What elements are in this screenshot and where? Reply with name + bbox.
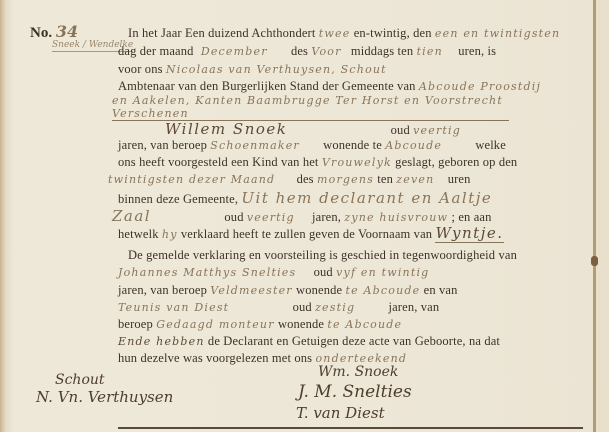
printed-text: en-twintig, den <box>354 26 432 40</box>
signature-witness-2: T. van Diest <box>296 404 385 422</box>
printed-text: wonende <box>278 317 324 331</box>
text-line-14: De gemelde verklaring en voorsteiling is… <box>128 248 517 263</box>
printed-text: middags ten <box>351 44 413 58</box>
handwritten-hour: tien <box>417 45 443 58</box>
printed-text: jaren, van beroep <box>118 283 207 297</box>
printed-text: hun dezelve was voorgelezen met ons <box>118 351 312 365</box>
page-edge <box>0 0 5 432</box>
handwritten-appeared: Verschenen <box>112 107 509 121</box>
printed-text: geslagt, geboren op den <box>395 155 517 169</box>
handwritten-witness-1-occupation: Veldmeester <box>210 284 293 297</box>
printed-text: uren <box>448 172 471 186</box>
printed-text: hetwelk <box>118 227 159 241</box>
printed-text: beroep <box>118 317 153 331</box>
handwritten-day: een en twintigsten <box>435 27 560 40</box>
handwritten-relation: zyne huisvrouw <box>344 211 448 224</box>
printed-text: wonende <box>296 283 342 297</box>
text-line-10: twintigsten dezer Maand des morgens ten … <box>108 172 471 187</box>
bottom-rule <box>118 427 583 429</box>
printed-text: oud <box>314 265 333 279</box>
handwritten-parents: Uit hem declarant en Aaltje <box>241 189 492 207</box>
record-number-label: No. <box>30 25 52 41</box>
text-line-4: Ambtenaar van den Burgerlijken Stand der… <box>118 79 541 94</box>
printed-text: In het Jaar Een duizend Achthondert <box>128 26 315 40</box>
handwritten-witness-1-residence: te Abcoude <box>346 284 421 297</box>
text-line-1: In het Jaar Een duizend Achthondert twee… <box>128 26 560 41</box>
text-line-6: Verschenen <box>112 106 509 121</box>
printed-text: voor ons <box>118 62 163 76</box>
handwritten-mother-surname: Zaal <box>112 207 151 225</box>
handwritten-witness-1-age: vyf en twintig <box>336 266 429 279</box>
printed-text: des <box>291 44 308 58</box>
printed-text: uren, is <box>458 44 496 58</box>
text-line-9: ons heeft voorgesteld een Kind van het V… <box>118 155 517 170</box>
printed-text: dag der maand <box>118 44 194 58</box>
record-number: No. 34 <box>30 22 78 42</box>
text-line-19: Ende hebben de Declarant en Getuigen dez… <box>118 334 500 349</box>
frame-margin <box>596 0 609 432</box>
handwritten-witness-2-occupation: Gedaagd monteur <box>156 318 274 331</box>
text-line-8: jaren, van beroep Schoenmaker wonende te… <box>118 138 506 153</box>
printed-text: Ambtenaar van den Burgerlijken Stand der… <box>118 79 416 93</box>
handwritten-mother-age: veertig <box>247 211 295 224</box>
printed-text: verklaard heeft te zullen geven de Voorn… <box>181 227 432 241</box>
handwritten-municipality: Abcoude Proostdij <box>419 80 541 93</box>
signature-official-title: Schout <box>55 372 105 388</box>
handwritten-birth-date: twintigsten dezer Maand <box>108 173 275 186</box>
printed-text: welke <box>475 138 506 152</box>
text-line-12: Zaal oud veertig jaren, zyne huisvrouw ;… <box>112 207 492 225</box>
text-line-16: jaren, van beroep Veldmeester wonende te… <box>118 283 458 298</box>
binding-mark <box>591 256 598 266</box>
handwritten-residence: Abcoude <box>385 139 442 152</box>
text-line-7: Willem Snoek oud veertig <box>165 120 461 138</box>
text-line-13: hetwelk hy verklaard heeft te zullen gev… <box>118 224 504 243</box>
printed-text: en van <box>424 283 458 297</box>
printed-text: jaren, van beroep <box>118 138 207 152</box>
handwritten-time-of-day: morgens <box>317 173 374 186</box>
handwritten-occupation: Schoenmaker <box>210 139 300 152</box>
text-line-18: beroep Gedaagd monteur wonende te Abcoud… <box>118 317 402 332</box>
record-number-value: 34 <box>56 22 78 41</box>
handwritten-year: twee <box>319 27 351 40</box>
printed-text: oud <box>391 123 410 137</box>
handwritten-child-name: Wyntje. <box>435 224 503 243</box>
printed-text: oud <box>224 210 243 224</box>
handwritten-sex: Vrouwelyk <box>322 156 392 169</box>
printed-text: binnen deze Gemeente, <box>118 192 238 206</box>
handwritten-witness-1-name: Johannes Matthys Snelties <box>118 266 296 279</box>
text-line-15: Johannes Matthys Snelties oud vyf en twi… <box>118 265 429 280</box>
signature-declarant: Wm. Snoek <box>318 364 398 380</box>
printed-text: ; en aan <box>451 210 491 224</box>
text-line-3: voor ons Nicolaas van Verthuysen, Schout <box>118 62 387 77</box>
printed-text: ten <box>377 172 393 186</box>
printed-text: des <box>297 172 314 186</box>
signature-official: N. Vn. Verthuysen <box>36 388 173 406</box>
printed-text: jaren, <box>312 210 341 224</box>
handwritten-age: veertig <box>413 124 461 137</box>
handwritten-witness-2-residence: te Abcoude <box>327 318 402 331</box>
printed-text: De gemelde verklaring en voorsteiling is… <box>128 248 517 262</box>
handwritten-period: Voor <box>311 45 341 58</box>
printed-text: jaren, van <box>388 300 439 314</box>
text-line-11: binnen deze Gemeente, Uit hem declarant … <box>118 189 492 207</box>
text-line-2: dag der maand December des Voor middags … <box>118 44 496 59</box>
signature-witness-1: J. M. Snelties <box>298 382 412 402</box>
handwritten-official: Nicolaas van Verthuysen, Schout <box>166 63 387 76</box>
printed-text: oud <box>293 300 312 314</box>
printed-text: ons heeft voorgesteld een Kind van het <box>118 155 319 169</box>
text-line-17: Teunis van Diest oud zestig jaren, van <box>118 300 439 315</box>
handwritten-declarant-name: Willem Snoek <box>165 120 287 138</box>
handwritten-month: December <box>201 45 268 58</box>
handwritten-birth-hour: zeven <box>396 173 434 186</box>
printed-text: wonende te <box>323 138 382 152</box>
handwritten-pronoun: hy <box>162 228 178 241</box>
handwritten-witness-2-age: zestig <box>315 301 355 314</box>
handwritten-witness-2-name: Teunis van Diest <box>118 301 229 314</box>
handwritten-signed-clause: Ende hebben <box>118 335 205 348</box>
printed-text: de Declarant en Getuigen deze acte van G… <box>208 334 500 348</box>
